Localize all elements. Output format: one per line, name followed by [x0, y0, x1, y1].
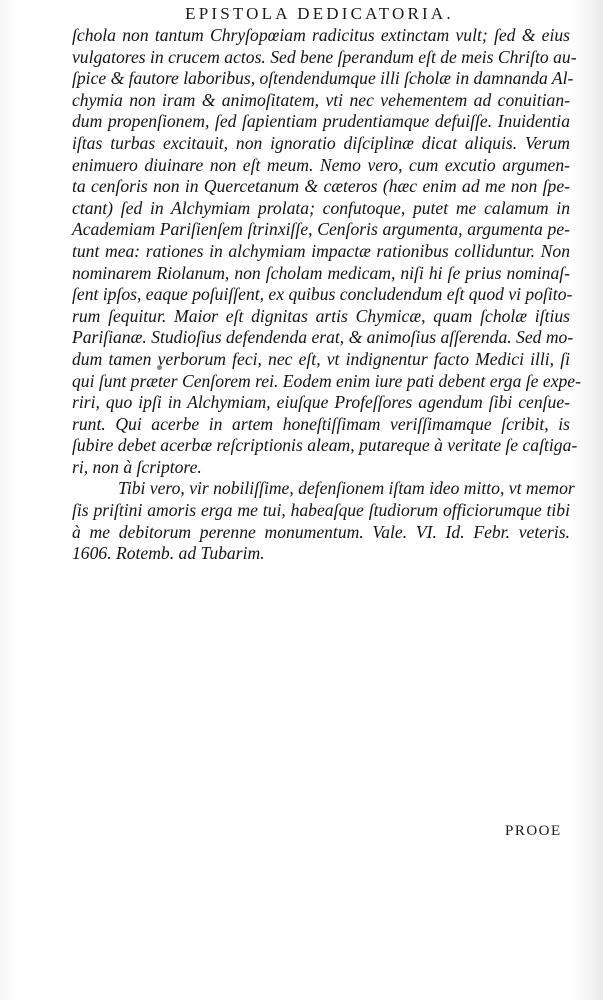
dedicatory-epistle-text: ſchola non tantum Chryſopœiam radicitus … — [72, 25, 570, 565]
text-line: ſent ipſos, eaque poſuiſſent, ex quibus … — [72, 284, 570, 306]
text-line: nominarem Riolanum, non ſcholam medicam,… — [72, 263, 570, 285]
text-line: ſis priſtini amoris erga me tui, habeaſq… — [72, 500, 570, 522]
text-line: qui ſunt præter Cenſorem rei. Eodem enim… — [72, 371, 570, 393]
text-line: runt. Qui acerbe in artem honeſtiſſimam … — [72, 414, 570, 436]
text-line: chymia non iram & animoſitatem, vti nec … — [72, 90, 570, 112]
text-line: rum ſequitur. Maior eſt dignitas artis C… — [72, 306, 570, 328]
ink-speck — [157, 365, 162, 370]
text-line: ri, non à ſcriptore. — [72, 457, 570, 479]
text-line: ctant) ſed in Alchymiam prolata; confuto… — [72, 198, 570, 220]
text-line: enimuero diuinare non eſt meum. Nemo ver… — [72, 155, 570, 177]
text-line: Pariſianæ. Studioſius defendenda erat, &… — [72, 327, 570, 349]
text-line-paragraph-start: Tibi vero, vir nobiliſſime, defenſionem … — [72, 478, 570, 500]
text-line: tunt mea: rationes in alchymiam impactæ … — [72, 241, 570, 263]
text-line: ſpice & fautore laboribus, oſtendendumqu… — [72, 68, 570, 90]
text-line: iſtas turbas excitauit, non ignoratio di… — [72, 133, 570, 155]
text-line: Academiam Pariſienſem ſtrinxiſſe, Cenſor… — [72, 219, 570, 241]
running-head: EPISTOLA DEDICATORIA. — [0, 4, 603, 24]
text-line-date: 1606. Rotemb. ad Tubarim. — [72, 543, 570, 565]
text-line: dum propenſionem, ſed ſapientiam prudent… — [72, 111, 570, 133]
text-line: ta cenſoris non in Quercetanum & cæteros… — [72, 176, 570, 198]
text-line: à me debitorum perenne monumentum. Vale.… — [72, 522, 570, 544]
text-line: dum tamen verborum feci, nec eſt, vt ind… — [72, 349, 570, 371]
catchword: PROOE — [505, 823, 562, 840]
text-line: ſchola non tantum Chryſopœiam radicitus … — [72, 25, 570, 47]
book-page: EPISTOLA DEDICATORIA. ſchola non tantum … — [0, 0, 603, 1000]
text-line: ſubire debet acerbæ reſcriptionis aleam,… — [72, 435, 570, 457]
text-line: riri, quo ipſi in Alchymiam, eiuſque Pro… — [72, 392, 570, 414]
text-line: vulgatores in crucem actos. Sed bene ſpe… — [72, 47, 570, 69]
